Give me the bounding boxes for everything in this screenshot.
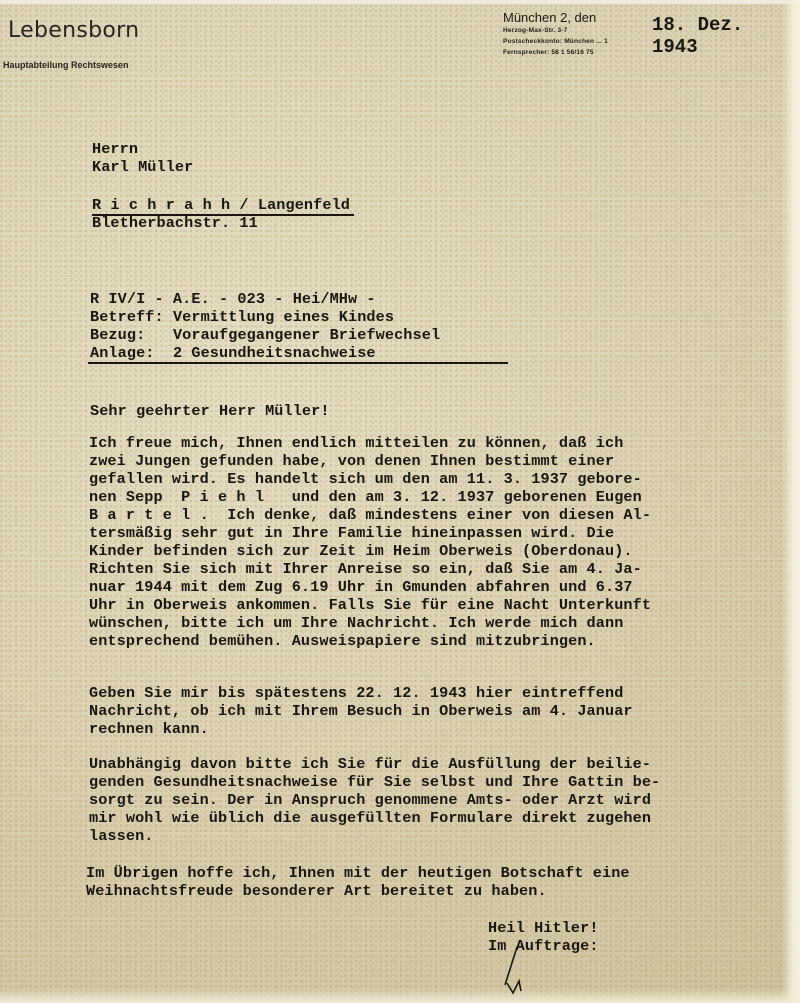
body-line: Unabhängig davon bitte ich Sie für die A… [89, 755, 651, 773]
regarding-line: Bezug: Voraufgegangener Briefwechsel [90, 326, 440, 344]
signature-mark [495, 945, 535, 1000]
enclosure-text: 2 Gesundheitsnachweise [173, 344, 376, 362]
body-line: Geben Sie mir bis spätestens 22. 12. 194… [89, 684, 623, 702]
file-reference: R IV/I - A.E. - 023 - Hei/MHw - [90, 290, 376, 308]
body-line: Ich freue mich, Ihnen endlich mitteilen … [89, 434, 623, 452]
regarding-text: Voraufgegangener Briefwechsel [173, 326, 440, 344]
body-line: zwei Jungen gefunden habe, von denen Ihn… [89, 452, 614, 470]
recipient-salutation: Herrn [92, 140, 138, 158]
body-line: Richten Sie sich mit Ihrer Anreise so ei… [89, 560, 642, 578]
regarding-label: Bezug: [90, 326, 145, 344]
paper-edge-right [782, 0, 800, 1003]
recipient-street: Bletherbachstr. 11 [92, 214, 258, 232]
subject-text: Vermittlung eines Kindes [173, 308, 394, 326]
body-line: sorgt zu sein. Der in Anspruch genommene… [89, 791, 651, 809]
recipient-city: R i c h r a h h / Langenfeld [92, 196, 350, 214]
letterhead-address-line: Herzog-Max-Str. 3-7 [503, 25, 608, 36]
body-line: entsprechend bemühen. Ausweispapiere sin… [89, 632, 596, 650]
paper-edge-bottom [0, 989, 800, 1003]
paper-edge-top [0, 0, 800, 4]
body-line: Uhr in Oberweis ankommen. Falls Sie für … [89, 596, 651, 614]
body-line: wünschen, bitte ich um Ihre Nachricht. I… [89, 614, 623, 632]
subject-label: Betreff: [90, 308, 164, 326]
recipient-name: Karl Müller [92, 158, 193, 176]
body-line: Kinder befinden sich zur Zeit im Heim Ob… [89, 542, 633, 560]
body-line: Nachricht, ob ich mit Ihrem Besuch in Ob… [89, 702, 633, 720]
body-line: B a r t e l . Ich denke, daß mindestens … [89, 506, 651, 524]
enclosure-line: Anlage: 2 Gesundheitsnachweise [90, 344, 376, 362]
body-line: tersmäßig sehr gut in Ihre Familie hinei… [89, 524, 614, 542]
letterhead-organization: Lebensborn [8, 18, 139, 43]
body-line: mir wohl wie üblich die ausgefüllten For… [89, 809, 651, 827]
letter-date: 18. Dez. 1943 [652, 14, 800, 58]
body-line: Weihnachtsfreude besonderer Art bereitet… [86, 882, 547, 900]
body-line: genden Gesundheitsnachweise für Sie selb… [89, 773, 660, 791]
closing-salute: Heil Hitler! [488, 919, 599, 937]
reference-underline [88, 362, 508, 364]
body-line: lassen. [89, 827, 154, 845]
letterhead-city-line: München 2, den [503, 10, 608, 25]
body-line: nuar 1944 mit dem Zug 6.19 Uhr in Gmunde… [89, 578, 633, 596]
letterhead-department: Hauptabteilung Rechtswesen [3, 60, 129, 70]
body-line: gefallen wird. Es handelt sich um den am… [89, 470, 642, 488]
letterhead-address-line: Postscheckkonto: München ... 1 [503, 36, 608, 47]
greeting: Sehr geehrter Herr Müller! [90, 402, 330, 420]
body-line: nen Sepp P i e h l und den am 3. 12. 193… [89, 488, 642, 506]
enclosure-label: Anlage: [90, 344, 155, 362]
body-line: Im Übrigen hoffe ich, Ihnen mit der heut… [86, 864, 630, 882]
body-line: rechnen kann. [89, 720, 209, 738]
letterhead-address-block: München 2, den Herzog-Max-Str. 3-7 Posts… [503, 10, 608, 58]
letterhead-address-line: Fernsprecher: 58 1 56/16 75 [503, 47, 608, 58]
subject-line: Betreff: Vermittlung eines Kindes [90, 308, 394, 326]
